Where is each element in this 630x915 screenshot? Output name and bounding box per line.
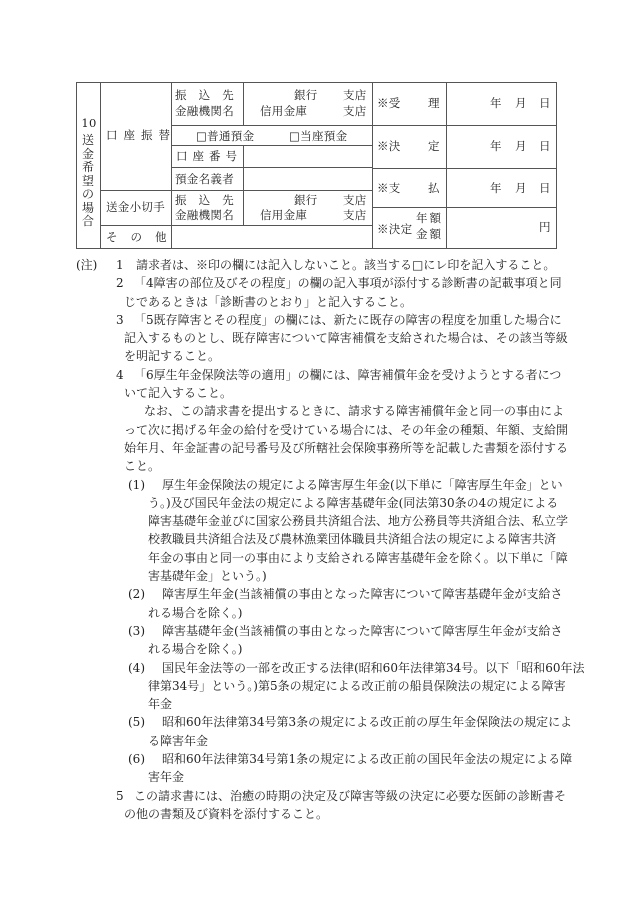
sub-item-text: 昭和60年法律第34号第3条の規定による改正前の厚生年金保険法の規定によ [162,713,572,731]
sub-item-number: (2) [128,585,145,603]
note-number: 5 [116,787,124,805]
note-text: 「5既存障害とその程度」の欄には、新たに既存の障害の程度を加重した場合に [134,311,562,329]
section-number: 10 [80,116,98,130]
sub-item-number: (3) [128,622,145,640]
sub-item-text: 障害基礎年金(当該補償の事由となった障害について障害厚生年金が支給さ [162,622,562,640]
received-month: 月 [515,96,527,110]
sub-item-number: (6) [128,750,145,768]
note-text: 「4障害の部位及びその程度」の欄の記入事項が添付する診断書の記載事項と同 [134,274,562,292]
decision-label-tail: 定 [428,139,440,153]
sub-item-text: 校教職員共済組合法及び農林漁業団体職員共済組合法の規定による障害共済 [148,530,556,548]
sub-item-text: 害年金 [148,768,184,786]
payment-day: 日 [539,181,551,195]
note-number: 1 [116,256,124,274]
sub-item-number: (5) [128,713,145,731]
sub-item-text: 昭和60年法律第34号第1条の規定による改正前の国民年金法の規定による障 [162,750,572,768]
check-bank-label: 銀行 [294,193,318,207]
sub-item-text: る障害年金 [148,732,208,750]
sub-item-number: (1) [128,476,145,494]
received-label: ※受 [377,96,401,110]
sub-item-text: 年金の事由と同一の事由により支給される障害基礎年金を除く。以下単に「障 [148,549,568,567]
note-text: 記入するものとし、既存障害について障害補償を支給された場合は、その該当等級 [124,329,568,347]
payment-label-tail: 払 [428,181,440,195]
payment-label: ※支 [377,181,401,195]
account-holder-field[interactable] [244,168,371,190]
account-transfer-label: 口座振替 [106,128,176,142]
branch-label: 支店 [343,88,367,102]
sub-item-text: う。)及び国民年金法の規定による障害基礎年金(同法第30条の4の規定による [148,494,558,512]
decided-amount-label: ※決定 [377,222,412,236]
note-number: 4 [116,366,124,384]
note-text: じであるときは「診断書のとおり」と記入すること。 [124,293,412,311]
check-branch-label: 支店 [343,193,367,207]
notes-section: (注) 1 請求者は、※印の欄には記入しないこと。該当する□にレ印を記入すること… [76,256,566,823]
note-text: なお、この請求書を提出するときに、請求する障害補償年金と同一の事由によ [144,402,564,420]
annual-amount-label-1: 年額 [416,211,443,225]
note-number: 3 [116,311,124,329]
note-text: 請求者は、※印の欄には記入しないこと。該当する□にレ印を記入すること。 [136,256,555,274]
sub-item-text: れる場合を除く。) [148,640,242,658]
yen-unit: 円 [539,220,551,234]
shinkin-label: 信用金庫 [260,104,307,118]
current-deposit-checkbox[interactable]: □当座預金 [289,129,347,143]
payment-month: 月 [515,181,527,195]
annual-amount-label-2: 金額 [416,227,443,241]
notes-heading: (注) [76,256,97,274]
sub-item-number: (4) [128,659,145,677]
sub-item-text: 障害基礎年金並びに国家公務員共済組合法、地方公務員等共済組合法、私立学 [148,512,568,530]
received-day: 日 [539,96,551,110]
sub-item-text: れる場合を除く。) [148,604,242,622]
received-label-tail: 理 [428,96,440,110]
decision-year: 年 [490,139,502,153]
decision-month: 月 [515,139,527,153]
note-text: いて記入すること。 [124,384,232,402]
decision-day: 日 [539,139,551,153]
account-number-field[interactable] [244,146,371,167]
note-text: この請求書には、治癒の時期の決定及び障害等級の決定に必要な医師の診断書そ [134,787,566,805]
check-shinkin-label: 信用金庫 [260,208,307,222]
note-text: 始年月、年金証書の記号番号及び所轄社会保険事務所等を記載した書類を添付する [124,439,568,457]
check-branch-label: 支店 [343,208,367,222]
sub-item-text: 年金 [148,695,172,713]
note-number: 2 [116,274,124,292]
note-text: って次に掲げる年金の給付を受けている場合には、その年金の種類、年額、支給開 [124,421,568,439]
branch-label: 支店 [343,104,367,118]
other-label: その他 [106,230,180,244]
sub-item-text: 国民年金法等の一部を改正する法律(昭和60年法律第34号。以下「昭和60年法 [162,659,585,677]
other-field[interactable] [172,226,371,248]
note-text: の他の書類及び資料を添付すること。 [124,805,328,823]
remittance-check-label: 送金小切手 [106,200,165,214]
note-text: こと。 [124,457,160,475]
bank-dest-label-2: 金融機関名 [175,104,234,118]
decision-label: ※決 [377,139,401,153]
payment-year: 年 [490,181,502,195]
ordinary-deposit-checkbox[interactable]: □普通預金 [196,129,254,143]
account-number-label: 口座番号 [176,149,242,163]
account-holder-label: 預金名義者 [175,172,234,186]
check-bank-dest-label-2: 金融機関名 [175,208,234,222]
note-text: 「6厚生年金保険法等の適用」の欄には、障害補償年金を受けようとする者につ [134,366,561,384]
check-bank-dest-label-1: 振 込 先 [175,193,234,207]
sub-item-text: 律第34号」という。)第5条の規定による改正前の船員保険法の規定による障害 [148,677,566,695]
sub-item-text: 厚生年金保険法の規定による障害厚生年金(以下単に「障害厚生年金」とい [162,476,563,494]
received-year: 年 [490,96,502,110]
note-text: を明記すること。 [124,347,220,365]
remittance-table: 10 送金希望の場合 口座振替 送金小切手 その他 振 込 先 金融機関名 銀行… [0,0,630,260]
bank-dest-label-1: 振 込 先 [175,88,234,102]
bank-label: 銀行 [294,88,318,102]
section-title: 送金希望の場合 [81,134,95,229]
sub-item-text: 害基礎年金」という。) [148,567,267,585]
sub-item-text: 障害厚生年金(当該補償の事由となった障害について障害基礎年金が支給さ [162,585,562,603]
